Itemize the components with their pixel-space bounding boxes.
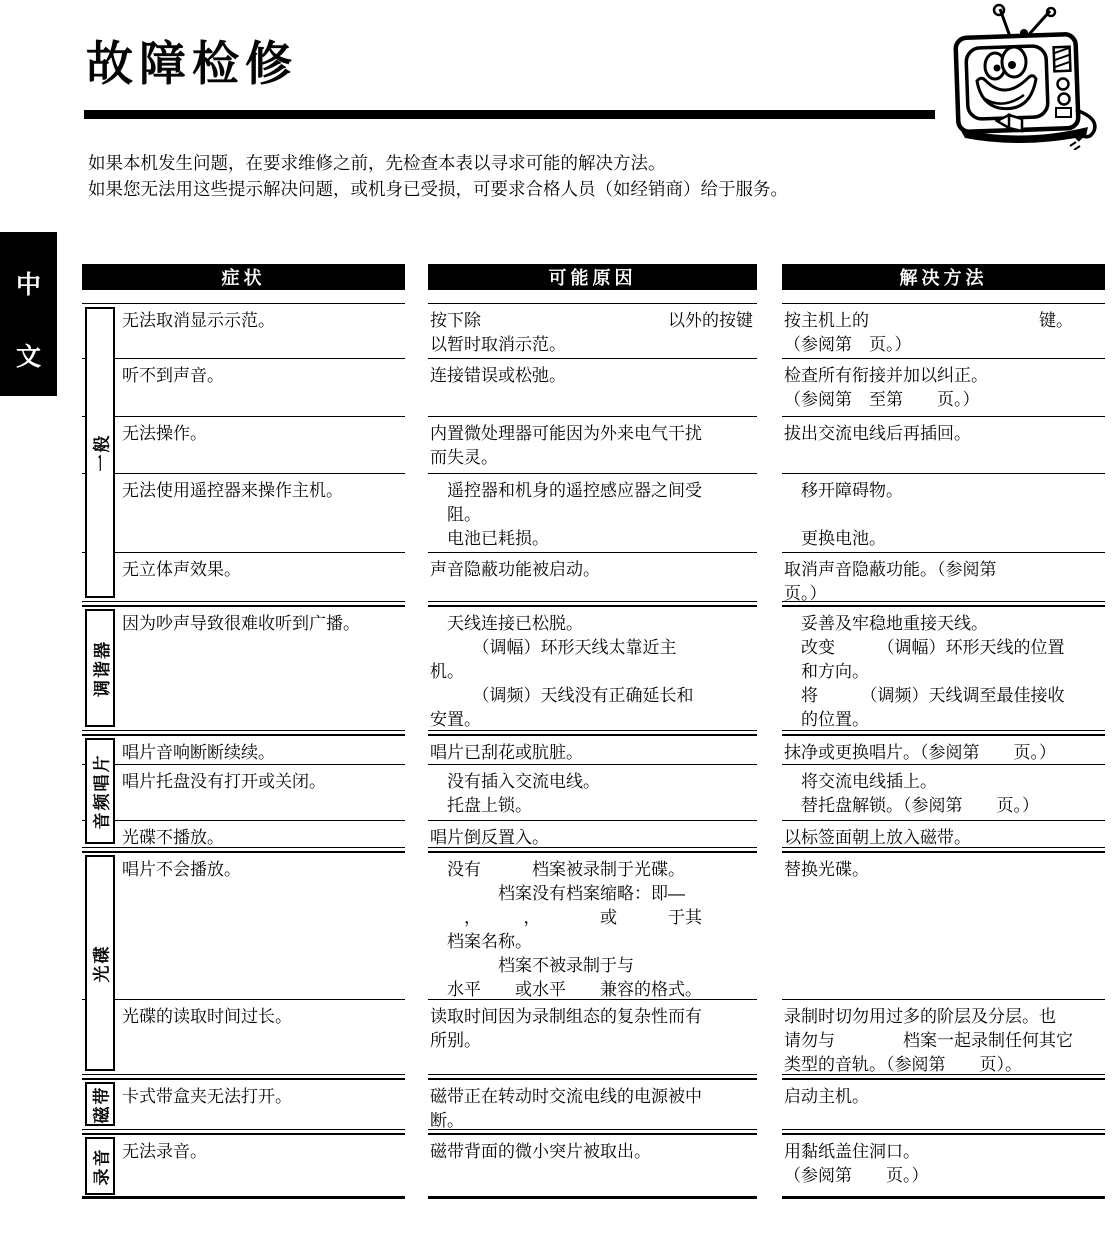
cartoon-tv-icon xyxy=(936,2,1110,150)
section-label-text: 录音 xyxy=(88,1147,113,1185)
intro-line-1: 如果本机发生问题，在要求维修之前，先检查本表以寻求可能的解决方法。 xyxy=(88,150,666,176)
solution-cell: 妥善及牢稳地重接天线。 改变 （调幅）环形天线的位置 和方向。 将 （调频）天线… xyxy=(782,605,1105,731)
solution-cell: 抹净或更换唱片。（参阅第 页。） xyxy=(782,734,1105,764)
cause-cell: 唱片已刮花或肮脏。 xyxy=(428,734,757,764)
section-audio-disc: 音频唱片 唱片音响断断续续。 唱片已刮花或肮脏。 抹净或更换唱片。（参阅第 页。… xyxy=(82,734,1105,848)
solution-cell: 替换光碟。 xyxy=(782,851,1105,999)
column-header-symptom: 症状 xyxy=(82,264,405,290)
table-header-row: 症状 可能原因 解决方法 xyxy=(82,264,1105,290)
section-disc: 光碟 唱片不会播放。 没有 档案被录制于光碟。 档案没有档案缩略：即— ， ， … xyxy=(82,851,1105,1075)
table-row: 光碟不播放。 唱片倒反置入。 以标签面朝上放入磁带。 xyxy=(82,820,1105,848)
symptom-cell: 因为吵声导致很难收听到广播。 xyxy=(82,605,405,731)
table-row: 无立体声效果。 声音隐蔽功能被启动。 取消声音隐蔽功能。（参阅第 页。） xyxy=(82,552,1105,602)
section-label-disc: 光碟 xyxy=(85,855,115,1071)
section-label-text: 磁带 xyxy=(88,1085,113,1123)
page-title: 故障检修 xyxy=(86,34,298,94)
solution-cell: 以标签面朝上放入磁带。 xyxy=(782,820,1105,848)
table-row: 唱片音响断断续续。 唱片已刮花或肮脏。 抹净或更换唱片。（参阅第 页。） xyxy=(82,734,1105,764)
symptom-cell: 卡式带盒夹无法打开。 xyxy=(82,1078,405,1130)
table-row: 光碟的读取时间过长。 读取时间因为录制组态的复杂性而有 所别。 录制时切勿用过多… xyxy=(82,999,1105,1075)
cause-cell: 唱片倒反置入。 xyxy=(428,820,757,848)
table-row: 无法录音。 磁带背面的微小突片被取出。 用黏纸盖住洞口。 （参阅第 页。） xyxy=(82,1133,1105,1199)
section-general: 一般 无法取消显示示范。 按下除 以外的按键 以暂时取消示范。 按主机上的 键。… xyxy=(82,303,1105,602)
table-row: 唱片托盘没有打开或关闭。 没有插入交流电线。 托盘上锁。 将交流电线插上。 替托… xyxy=(82,764,1105,820)
symptom-cell: 唱片托盘没有打开或关闭。 xyxy=(82,764,405,820)
language-tab: 中 文 xyxy=(0,232,57,396)
solution-cell: 按主机上的 键。 （参阅第 页。） xyxy=(782,303,1105,358)
symptom-cell: 光碟不播放。 xyxy=(82,820,405,848)
symptom-cell: 无法操作。 xyxy=(82,416,405,473)
language-tab-char: 中 xyxy=(16,265,41,301)
symptom-cell: 唱片不会播放。 xyxy=(82,851,405,999)
section-tuner: 调谐器 因为吵声导致很难收听到广播。 天线连接已松脱。 （调幅）环形天线太靠近主… xyxy=(82,605,1105,731)
solution-cell: 拔出交流电线后再插回。 xyxy=(782,416,1105,473)
cause-cell: 按下除 以外的按键 以暂时取消示范。 xyxy=(428,303,757,358)
table-row: 无法使用遥控器来操作主机。 遥控器和机身的遥控感应器之间受 阻。 电池已耗损。 … xyxy=(82,473,1105,552)
language-tab-char: 文 xyxy=(16,337,41,373)
symptom-cell: 听不到声音。 xyxy=(82,358,405,416)
table-row: 唱片不会播放。 没有 档案被录制于光碟。 档案没有档案缩略：即— ， ， 或 于… xyxy=(82,851,1105,999)
cause-cell: 没有插入交流电线。 托盘上锁。 xyxy=(428,764,757,820)
cause-cell: 没有 档案被录制于光碟。 档案没有档案缩略：即— ， ， 或 于其 档案名称。 … xyxy=(428,851,757,999)
solution-cell: 检查所有衔接并加以纠正。 （参阅第 至第 页。） xyxy=(782,358,1105,416)
column-header-cause: 可能原因 xyxy=(428,264,757,290)
table-row: 无法取消显示示范。 按下除 以外的按键 以暂时取消示范。 按主机上的 键。 （参… xyxy=(82,303,1105,358)
symptom-cell: 无立体声效果。 xyxy=(82,552,405,602)
solution-cell: 录制时切勿用过多的阶层及分层。也 请勿与 档案一起录制任何其它 类型的音轨。（参… xyxy=(782,999,1105,1075)
column-header-solution: 解决方法 xyxy=(782,264,1105,290)
section-tape: 磁带 卡式带盒夹无法打开。 磁带正在转动时交流电线的电源被中 断。 启动主机。 xyxy=(82,1078,1105,1130)
section-label-text: 音频唱片 xyxy=(88,753,113,829)
cause-cell: 读取时间因为录制组态的复杂性而有 所别。 xyxy=(428,999,757,1075)
cause-cell: 遥控器和机身的遥控感应器之间受 阻。 电池已耗损。 xyxy=(428,473,757,552)
cause-cell: 磁带背面的微小突片被取出。 xyxy=(428,1133,757,1199)
table-row: 听不到声音。 连接错误或松弛。 检查所有衔接并加以纠正。 （参阅第 至第 页。） xyxy=(82,358,1105,416)
symptom-cell: 唱片音响断断续续。 xyxy=(82,734,405,764)
solution-cell: 将交流电线插上。 替托盘解锁。（参阅第 页。） xyxy=(782,764,1105,820)
symptom-cell: 无法使用遥控器来操作主机。 xyxy=(82,473,405,552)
cause-cell: 声音隐蔽功能被启动。 xyxy=(428,552,757,602)
section-label-tuner: 调谐器 xyxy=(85,609,115,727)
solution-cell: 用黏纸盖住洞口。 （参阅第 页。） xyxy=(782,1133,1105,1199)
symptom-cell: 光碟的读取时间过长。 xyxy=(82,999,405,1075)
table-row: 因为吵声导致很难收听到广播。 天线连接已松脱。 （调幅）环形天线太靠近主 机。 … xyxy=(82,605,1105,731)
section-label-text: 一般 xyxy=(88,434,113,472)
troubleshooting-table: 症状 可能原因 解决方法 一般 无法取消显示示范。 按下除 以外的按键 以暂时取… xyxy=(82,264,1105,1199)
cause-cell: 磁带正在转动时交流电线的电源被中 断。 xyxy=(428,1078,757,1130)
cause-cell: 天线连接已松脱。 （调幅）环形天线太靠近主 机。 （调频）天线没有正确延长和 安… xyxy=(428,605,757,731)
solution-cell: 取消声音隐蔽功能。（参阅第 页。） xyxy=(782,552,1105,602)
section-label-tape: 磁带 xyxy=(85,1082,115,1126)
solution-cell: 启动主机。 xyxy=(782,1078,1105,1130)
section-label-text: 调谐器 xyxy=(88,640,113,697)
section-label-text: 光碟 xyxy=(88,944,113,982)
title-divider xyxy=(84,110,935,119)
section-label-general: 一般 xyxy=(85,307,115,598)
cause-cell: 连接错误或松弛。 xyxy=(428,358,757,416)
intro-line-2: 如果您无法用这些提示解决问题，或机身已受损，可要求合格人员（如经销商）给于服务。 xyxy=(88,176,788,202)
section-recording: 录音 无法录音。 磁带背面的微小突片被取出。 用黏纸盖住洞口。 （参阅第 页。） xyxy=(82,1133,1105,1199)
table-row: 卡式带盒夹无法打开。 磁带正在转动时交流电线的电源被中 断。 启动主机。 xyxy=(82,1078,1105,1130)
symptom-cell: 无法取消显示示范。 xyxy=(82,303,405,358)
section-label-recording: 录音 xyxy=(85,1137,115,1195)
section-label-audio-disc: 音频唱片 xyxy=(85,738,115,844)
solution-cell: 移开障碍物。 更换电池。 xyxy=(782,473,1105,552)
symptom-cell: 无法录音。 xyxy=(82,1133,405,1199)
cause-cell: 内置微处理器可能因为外来电气干扰 而失灵。 xyxy=(428,416,757,473)
table-row: 无法操作。 内置微处理器可能因为外来电气干扰 而失灵。 拔出交流电线后再插回。 xyxy=(82,416,1105,473)
